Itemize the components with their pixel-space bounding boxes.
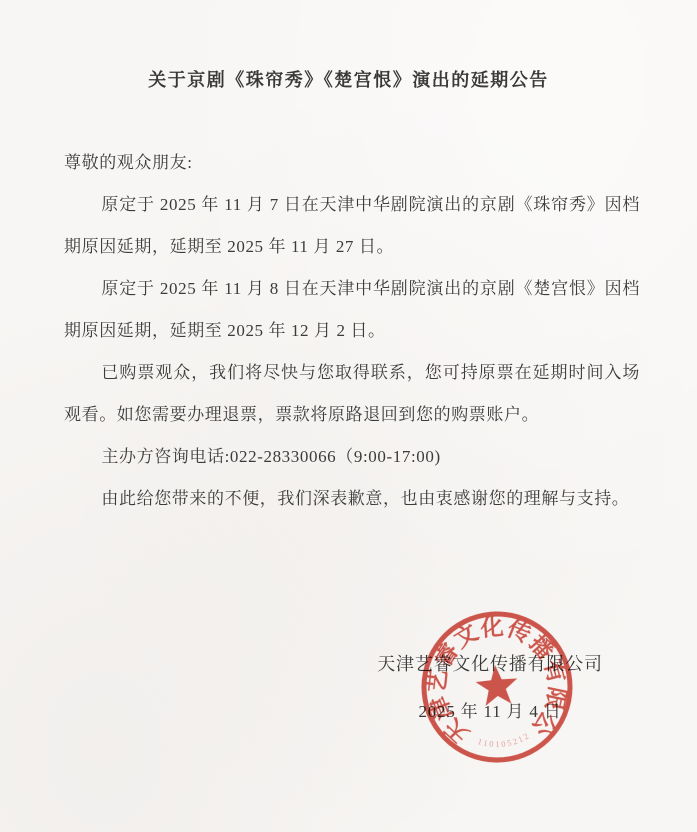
notice-title: 关于京剧《珠帘秀》《楚宫恨》演出的延期公告 (0, 66, 697, 92)
star-icon (474, 663, 519, 706)
paragraph-hotline: 主办方咨询电话:022-28330066（9:00-17:00) (64, 436, 640, 478)
notice-document-page: 关于京剧《珠帘秀》《楚宫恨》演出的延期公告 尊敬的观众朋友: 原定于 2025 … (0, 0, 697, 832)
company-seal-stamp: 天津艺睿文化传播有限公司 1101052120458 (403, 593, 592, 782)
notice-body: 尊敬的观众朋友: 原定于 2025 年 11 月 7 日在天津中华剧院演出的京剧… (64, 142, 640, 520)
paragraph-postponement-chugonghen: 原定于 2025 年 11 月 8 日在天津中华剧院演出的京剧《楚宫恨》因档期原… (64, 268, 640, 352)
paragraph-ticket-refund-info: 已购票观众，我们将尽快与您取得联系，您可持原票在延期时间入场观看。如您需要办理退… (64, 352, 640, 436)
paragraph-apology: 由此给您带来的不便，我们深表歉意，也由衷感谢您的理解与支持。 (64, 478, 640, 520)
salutation-line: 尊敬的观众朋友: (64, 142, 640, 184)
paragraph-postponement-zhulianxiu: 原定于 2025 年 11 月 7 日在天津中华剧院演出的京剧《珠帘秀》因档期原… (64, 184, 640, 268)
